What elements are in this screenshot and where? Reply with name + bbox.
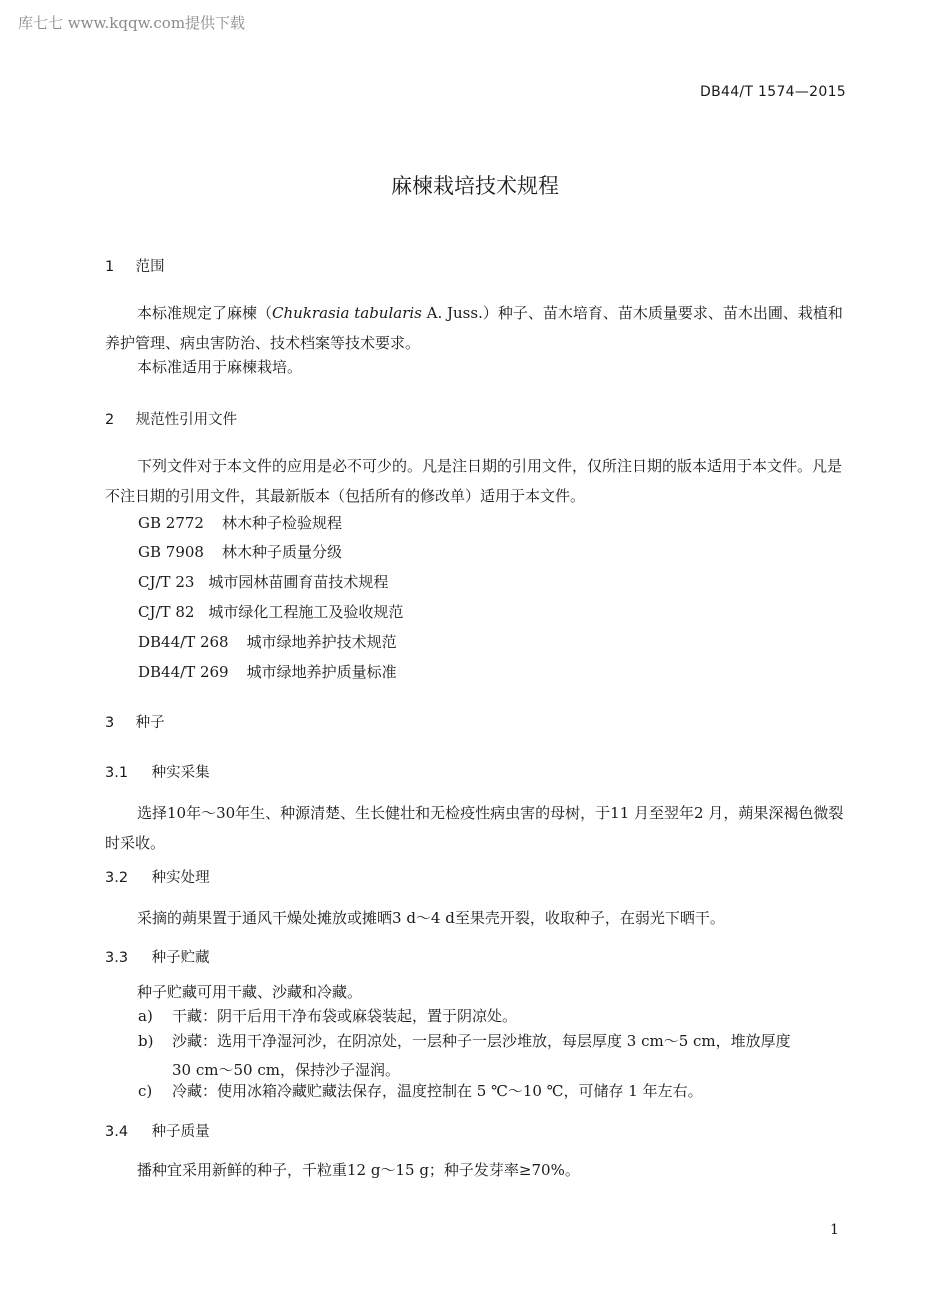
seed-processing-paragraph: 采摘的蒴果置于通风干燥处摊放或摊晒3 d～4 d至果壳开裂，收取种子，在弱光下晒…	[105, 903, 850, 933]
ref-code: GB 7908	[138, 543, 204, 561]
document-number: DB44/T 1574—2015	[700, 84, 846, 100]
subsection-heading-3-2: 3.2 种实处理	[105, 866, 210, 887]
ref-code: CJ/T 82	[138, 603, 194, 621]
reference-item: CJ/T 82城市绿化工程施工及验收规范	[138, 601, 403, 622]
ref-code: DB44/T 268	[138, 633, 229, 651]
subsection-title: 种实处理	[152, 870, 210, 886]
latin-name: Chukrasia tabularis	[272, 304, 422, 322]
reference-item: DB44/T 269城市绿地养护质量标准	[138, 661, 397, 682]
reference-item: DB44/T 268城市绿地养护技术规范	[138, 631, 397, 652]
reference-item: GB 2772林木种子检验规程	[138, 512, 342, 533]
ref-name: 林木种子质量分级	[222, 543, 342, 561]
ref-code: CJ/T 23	[138, 573, 194, 591]
list-text: 沙藏：选用干净湿河沙，在阴凉处，一层种子一层沙堆放，每层厚度 3 cm～5 cm…	[172, 1032, 791, 1050]
ref-name: 城市绿地养护质量标准	[247, 663, 397, 681]
subsection-heading-3-1: 3.1 种实采集	[105, 761, 210, 782]
section-number: 1	[105, 259, 131, 275]
scope-paragraph: 本标准规定了麻楝（Chukrasia tabularis A. Juss.）种子…	[105, 298, 850, 358]
seed-collection-paragraph: 选择10年～30年生、种源清楚、生长健壮和无检疫性病虫害的母树，于11 月至翌年…	[105, 798, 850, 858]
reference-item: CJ/T 23城市园林苗圃育苗技术规程	[138, 571, 388, 592]
list-text: 干藏：阴干后用干净布袋或麻袋装起，置于阴凉处。	[172, 1007, 517, 1025]
scope-text-a: 本标准规定了麻楝（	[137, 304, 272, 322]
subsection-number: 3.1	[105, 765, 147, 781]
section-heading-1: 1 范围	[105, 255, 165, 276]
subsection-heading-3-3: 3.3 种子贮藏	[105, 946, 210, 967]
subsection-heading-3-4: 3.4 种子质量	[105, 1120, 210, 1141]
storage-list-item-c: c)冷藏：使用冰箱冷藏贮藏法保存，温度控制在 5 ℃～10 ℃，可储存 1 年左…	[138, 1077, 850, 1106]
section-heading-3: 3 种子	[105, 711, 165, 732]
ref-code: DB44/T 269	[138, 663, 229, 681]
section-title: 规范性引用文件	[136, 412, 238, 428]
list-marker: b)	[138, 1027, 172, 1056]
reference-item: GB 7908林木种子质量分级	[138, 541, 342, 562]
subsection-title: 种实采集	[152, 765, 210, 781]
ref-name: 城市园林苗圃育苗技术规程	[208, 573, 388, 591]
ref-name: 林木种子检验规程	[222, 514, 342, 532]
list-marker: c)	[138, 1077, 172, 1106]
ref-name: 城市绿地养护技术规范	[247, 633, 397, 651]
ref-name: 城市绿化工程施工及验收规范	[208, 603, 403, 621]
subsection-title: 种子质量	[152, 1124, 210, 1140]
section-number: 3	[105, 715, 131, 731]
page-number: 1	[830, 1222, 839, 1238]
watermark-text: 库七七 www.kqqw.com提供下载	[18, 12, 245, 33]
section-heading-2: 2 规范性引用文件	[105, 408, 237, 429]
scope-applicability: 本标准适用于麻楝栽培。	[105, 352, 850, 382]
list-text: 冷藏：使用冰箱冷藏贮藏法保存，温度控制在 5 ℃～10 ℃，可储存 1 年左右。	[172, 1082, 703, 1100]
section-number: 2	[105, 412, 131, 428]
subsection-number: 3.3	[105, 950, 147, 966]
ref-code: GB 2772	[138, 514, 204, 532]
subsection-title: 种子贮藏	[152, 950, 210, 966]
subsection-number: 3.4	[105, 1124, 147, 1140]
seed-quality-paragraph: 播种宜采用新鲜的种子，千粒重12 g～15 g；种子发芽率≥70%。	[105, 1155, 850, 1185]
section-title: 范围	[136, 259, 165, 275]
normative-refs-intro: 下列文件对于本文件的应用是必不可少的。凡是注日期的引用文件，仅所注日期的版本适用…	[105, 451, 850, 511]
section-title: 种子	[136, 715, 165, 731]
document-title: 麻楝栽培技术规程	[0, 170, 950, 200]
subsection-number: 3.2	[105, 870, 147, 886]
